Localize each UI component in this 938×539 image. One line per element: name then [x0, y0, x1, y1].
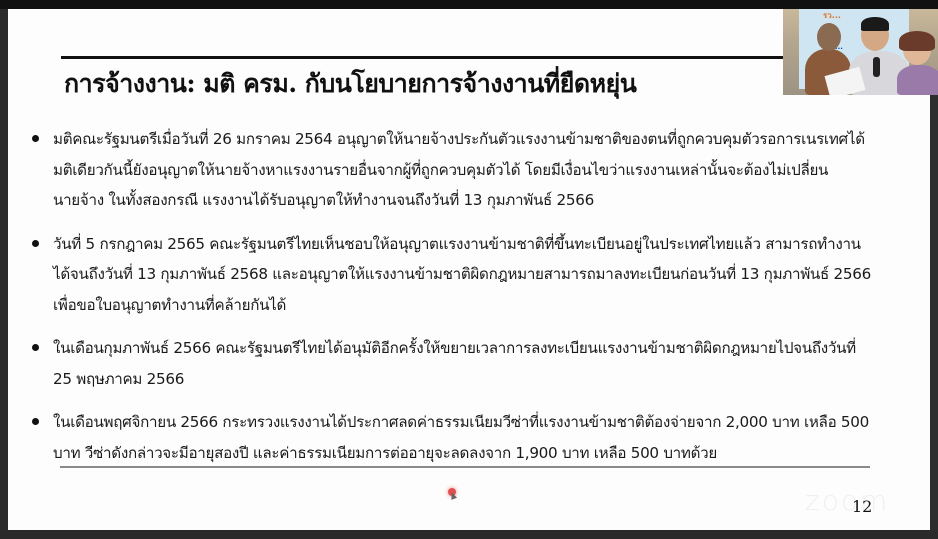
participant-hair [899, 31, 935, 51]
microphone-icon [873, 57, 880, 77]
bullet-text-line: ได้จนถึงวันที่ 13 กุมภาพันธ์ 2568 และอนุ… [53, 259, 906, 290]
window-bottom-bar [0, 530, 938, 539]
footer-divider [60, 466, 870, 468]
bullet-item: ในเดือนกุมภาพันธ์ 2566 คณะรัฐมนตรีไทยได้… [26, 333, 906, 394]
bullet-text-line: มติคณะรัฐมนตรีเมื่อวันที่ 26 มกราคม 2564… [53, 124, 906, 155]
slide-title: การจ้างงาน: มติ ครม. กับนโยบายการจ้างงาน… [64, 64, 764, 104]
bullet-text-line: มติเดียวกันนี้ยังอนุญาตให้นายจ้างหาแรงงา… [53, 155, 906, 186]
bullet-text-line: นายจ้าง ในทั้งสองกรณี แรงงานได้รับอนุญาต… [53, 185, 906, 216]
bullet-text-line: เพื่อขอใบอนุญาตทำงานที่คล้ายกันได้ [53, 290, 906, 321]
zoom-watermark: zoom [805, 484, 889, 517]
banner-text: รว... [823, 9, 841, 22]
bullet-icon [32, 240, 39, 247]
bullet-icon [32, 135, 39, 142]
bullet-icon [32, 418, 39, 425]
bullet-item: วันที่ 5 กรกฎาคม 2565 คณะรัฐมนตรีไทยเห็น… [26, 229, 906, 321]
participant-head [817, 23, 841, 51]
bullet-text-line: ในเดือนพฤศจิกายน 2566 กระทรวงแรงงานได้ปร… [53, 407, 906, 438]
slide-page-number: 12 [852, 497, 872, 516]
title-divider [61, 56, 783, 59]
bullet-text-line: ในเดือนกุมภาพันธ์ 2566 คณะรัฐมนตรีไทยได้… [53, 333, 906, 364]
participant-figure [897, 65, 938, 95]
bullet-text-line: 25 พฤษภาคม 2566 [53, 364, 906, 395]
bullet-icon [32, 344, 39, 351]
participant-video-tile[interactable]: รว... "Sm... [783, 9, 938, 95]
bullet-list: มติคณะรัฐมนตรีเมื่อวันที่ 26 มกราคม 2564… [26, 124, 906, 481]
bullet-text-line: บาท วีซ่าดังกล่าวจะมีอายุสองปี และค่าธรร… [53, 438, 906, 469]
bullet-item: ในเดือนพฤศจิกายน 2566 กระทรวงแรงงานได้ปร… [26, 407, 906, 468]
participant-hair [861, 17, 889, 31]
bullet-text-line: วันที่ 5 กรกฎาคม 2565 คณะรัฐมนตรีไทยเห็น… [53, 229, 906, 260]
bullet-item: มติคณะรัฐมนตรีเมื่อวันที่ 26 มกราคม 2564… [26, 124, 906, 216]
window-top-bar [0, 0, 938, 9]
